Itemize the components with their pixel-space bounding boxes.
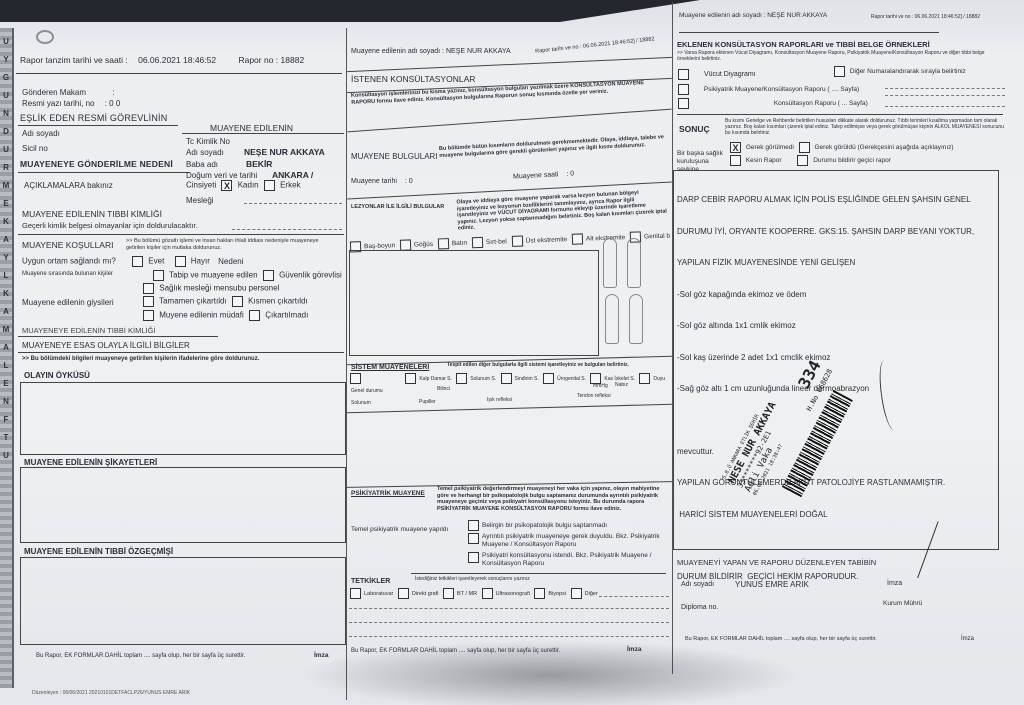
physician-name-label: Adı soyadı	[681, 581, 714, 588]
att-body-diagram-checkbox[interactable]	[678, 69, 689, 80]
system-uro-checkbox[interactable]	[543, 373, 554, 384]
incident-info-heading: MUAYENEYE ESAS OLAYLA İLGİLİ BİLGİLER	[22, 341, 190, 350]
conclusion-line: YAPILAN FİZİK MUAYENESİNDE YENİ GELİŞEN	[677, 258, 974, 269]
strip-letter: N	[0, 397, 12, 406]
ref-not-needed-checkbox[interactable]: X	[730, 142, 741, 153]
physician-heading: MUAYENEYİ YAPAN VE RAPORU DÜZENLEYEN TAB…	[677, 558, 876, 567]
official-letter-row: Resmi yazı tarihi, no : 0 0	[22, 99, 120, 108]
clothes-opt3-label: Muyene edilenin müdafi	[159, 311, 244, 320]
test-label: Laboratuvar	[364, 591, 393, 597]
psych-opt1: Belirgin bir psikopatolojik bulgu saptan…	[465, 520, 607, 531]
tests-line-3[interactable]	[349, 636, 669, 637]
strip-letter: U	[0, 451, 12, 460]
birth-label: Doğum veri ve tarihi	[186, 171, 257, 180]
conclusion-line: DARP CEBİR RAPORU ALMAK İÇİN POLİS EŞLİĞ…	[677, 195, 974, 206]
tests-line-1[interactable]	[349, 608, 669, 609]
att-other-row: Diğer Numaralandırarak sırayla belirtini…	[831, 66, 966, 77]
strip-letter: F	[0, 415, 12, 424]
p3-patient-label: Muayene edilenin adı soyadı :	[679, 12, 765, 19]
exam-date-label: Muayene tarihi	[351, 178, 397, 185]
system-label: Ürogenital S.	[557, 376, 586, 382]
consult-heading: İSTENEN KONSÜLTASYONLAR	[351, 74, 475, 84]
tests-line-2[interactable]	[349, 622, 669, 623]
referral-row-2: Kesin Rapor Durumu bildirir geçici rapor	[727, 155, 891, 166]
present-opt1-label: Tabip ve muayene edilen	[169, 271, 258, 280]
patient-heading: MUAYENE EDİLENİN	[210, 123, 293, 133]
region-back-checkbox[interactable]	[472, 237, 483, 248]
test-usg-checkbox[interactable]	[482, 588, 493, 599]
divider	[182, 133, 344, 134]
clothes-opt2-label: Kısmen çıkartıldı	[248, 297, 308, 306]
gender-male-label: Erkek	[280, 181, 300, 190]
system-gi-checkbox[interactable]	[501, 373, 512, 384]
report-datetime-row: Rapor tanzim tarihi ve saati : 06.06.202…	[20, 55, 304, 65]
general-checkbox[interactable]	[350, 373, 361, 384]
psych-opt3-label: Psikiyatri konsültasyonu istendi. Bkz. P…	[482, 552, 651, 567]
divider	[18, 172, 190, 173]
strip-letter: L	[0, 361, 12, 370]
strip-letter: U	[0, 91, 12, 100]
clothes-label: Muayene edilenin giysileri	[22, 298, 114, 307]
incident-story-field[interactable]	[20, 382, 346, 455]
env-no-label: Hayır	[191, 257, 210, 266]
strip-letter: A	[0, 235, 12, 244]
ref-needed-label: Gerek görüldü (Gerekçesini aşağıda açıkl…	[815, 144, 954, 151]
att-body-diagram-row: Vücut Diyagramı	[675, 69, 756, 80]
system-cardio-checkbox[interactable]	[405, 373, 416, 384]
escort-heading: EŞLİK EDEN RESMİ GÖREVLİNİN	[20, 113, 167, 123]
diploma-label: Diploma no.	[681, 604, 718, 611]
att-consult-field[interactable]	[885, 106, 1005, 107]
divider	[18, 352, 344, 353]
p3-patient-row: Muayene edilenin adı soyadı : NEŞE NUR A…	[679, 12, 827, 19]
p2-report-ref: Rapor tarihi ve no : 06.06.2021 18:46:52…	[535, 35, 665, 55]
clothes-opt4-checkbox[interactable]	[249, 310, 260, 321]
report-datetime-value: 06.06.2021 18:46:52	[138, 55, 216, 65]
strip-letter: U	[0, 145, 12, 154]
region-label: Göğüs	[414, 241, 433, 249]
gender-female-label: Kadın	[238, 181, 259, 190]
father-label: Baba adı	[186, 160, 218, 169]
conditions-note: >> Bu bölümü gözaltı işlemi ve insan hak…	[126, 238, 336, 251]
page-3: Muayene edilenin adı soyadı : NEŞE NUR A…	[672, 2, 1022, 674]
divider	[411, 573, 666, 574]
incident-story-heading: OLAYIN ÖYKÜSÜ	[24, 371, 90, 380]
referral-value: AÇIKLAMALARA bakınız	[24, 181, 113, 190]
attachments-heading: EKLENEN KONSÜLTASYON RAPORLARI ve TIBBİ …	[677, 40, 930, 49]
system-label: Solunum S.	[470, 376, 496, 382]
system-label: Kalp Damar S.	[419, 376, 452, 382]
patient-name-value: NEŞE NUR AKKAYA	[244, 147, 325, 157]
env-no-checkbox[interactable]	[175, 256, 186, 267]
strip-letter: Y	[0, 253, 12, 262]
body-diagram-icon	[603, 238, 659, 348]
tests-heading: TETKİKLER	[351, 578, 390, 585]
psych-opt1-label: Belirgin bir psikopatolojik bulgu saptan…	[482, 522, 607, 529]
present-opt2-label: Güvenlik görevlisi	[279, 271, 342, 280]
strip-letter: T	[0, 433, 12, 442]
p2-patient-row: Muayene edilenin adı soyadı : NEŞE NUR A…	[351, 48, 511, 55]
lesions-heading: LEZYONLAR İLE İLGİLİ BULGULAR	[351, 204, 444, 210]
conclusion-line: -Sol kaş üzerinde 2 adet 1x1 cmclik ekim…	[677, 353, 974, 364]
gender-row: Cinsiyeti X Kadın Erkek	[186, 180, 301, 191]
physician-name-value: YUNUS EMRE ARIK	[735, 580, 809, 589]
report-datetime-label: Rapor tanzim tarihi ve saati :	[20, 55, 128, 65]
incident-info-note: >> Bu bölümdeki bilgileri muayeneye geti…	[22, 356, 259, 362]
official-letter-label: Resmi yazı tarihi, no	[22, 99, 94, 108]
system-label: Duyu	[653, 376, 665, 382]
p3-report-ref: Rapor tarihi ve no : 06.06.2021 18:46:52…	[871, 14, 991, 21]
region-label: Batın	[452, 240, 467, 248]
vital-consciousness-label: Bilinci	[437, 386, 450, 392]
att-consult-label: Konsültasyon Raporu ( ... Sayfa)	[774, 100, 868, 107]
official-letter-value: : 0 0	[105, 99, 121, 108]
page-2: Muayene edilenin adı soyadı : NEŞE NUR A…	[346, 28, 671, 700]
ref-final-label: Kesin Rapor	[746, 157, 782, 164]
ref-not-needed-label: Gerek görülmedi	[746, 144, 794, 151]
vital-light-reflex-label: Işık refleksi	[487, 397, 512, 403]
present-opt2-checkbox[interactable]	[263, 270, 274, 281]
present-opt1-checkbox[interactable]	[153, 270, 164, 281]
page-1: Rapor tanzim tarihi ve saati : 06.06.202…	[14, 20, 344, 692]
strip-letter: M	[0, 181, 12, 190]
vital-resp-label: Solunum	[351, 400, 371, 406]
psych-opt3: Psikiyatri konsültasyonu istendi. Bkz. P…	[465, 552, 665, 567]
history-heading: MUAYENE EDİLENİN TIBBİ ÖZGEÇMİŞİ	[24, 547, 173, 556]
strip-letter: R	[0, 163, 12, 172]
test-label: Ultrasonografi	[496, 591, 530, 597]
clothes-opt1-label: Tamamen çıkartıldı	[159, 297, 227, 306]
att-body-diagram-label: Vücut Diyagramı	[704, 71, 756, 78]
vital-pulse-label: Nabız	[615, 382, 628, 388]
psych-opt1-checkbox[interactable]	[468, 520, 479, 531]
att-psych-label: Psikiyatrik Muayene/Konsültasyon Raporu …	[704, 86, 859, 93]
strip-letter: D	[0, 127, 12, 136]
ref-final-checkbox[interactable]	[730, 155, 741, 166]
test-label: Direkt grafi	[412, 591, 439, 597]
ref-temp-checkbox[interactable]	[797, 155, 808, 166]
gender-label: Cinsiyeti	[186, 181, 216, 190]
test-biopsy-checkbox[interactable]	[534, 588, 545, 599]
test-label: Biyopsi	[548, 591, 566, 597]
tc-label: Tc Kimlik No	[186, 137, 230, 146]
ministry-logo-icon	[36, 30, 54, 44]
attachments-note: >> Varsa Rapora eklenen Vücut Diyagramı,…	[677, 50, 987, 62]
ref-needed-checkbox[interactable]	[799, 142, 810, 153]
system-sensory-checkbox[interactable]	[639, 373, 650, 384]
test-other-field[interactable]	[599, 596, 669, 597]
medical-id-note: Geçerli kimlik belgesi olmayanlar için d…	[22, 221, 198, 230]
env-yes-checkbox[interactable]	[132, 256, 143, 267]
p3-patient-value: NEŞE NUR AKKAYA	[767, 12, 827, 19]
strip-letter: N	[0, 109, 12, 118]
complaints-field[interactable]	[20, 467, 346, 543]
stamp-label: Kurum Mührü	[883, 600, 922, 607]
sender-value: :	[112, 88, 114, 97]
region-label: Üst ekstremite	[526, 236, 568, 244]
history-field[interactable]	[20, 557, 346, 645]
test-xray-checkbox[interactable]	[398, 588, 409, 599]
strip-letter: K	[0, 217, 12, 226]
physician-signature-label: İmza	[887, 580, 902, 587]
findings-note: Bu bölümde bütün kısımların doldurulması…	[439, 134, 669, 159]
att-psych-row: Psikiyatrik Muayene/Konsültasyon Raporu …	[675, 84, 859, 95]
exam-date-row: Muayene tarihi : 0	[351, 178, 413, 185]
exam-time-value: : 0	[566, 170, 574, 177]
exam-date-value: : 0	[405, 178, 413, 185]
escort-sicil-label: Sicil no	[22, 144, 48, 153]
present-opt3-checkbox[interactable]	[143, 283, 154, 294]
strip-letter: A	[0, 307, 12, 316]
medical-id-heading-2: MUAYENEYE EDİLENİN TIBBİ KİMLİĞİ	[22, 326, 156, 335]
ref-temp-label: Durumu bildirir geçici rapor	[813, 157, 891, 164]
vital-general-label: Genel durumu	[351, 388, 383, 394]
region-lower-ext-checkbox[interactable]	[572, 233, 583, 244]
divider	[347, 57, 672, 72]
job-label: Mesleği	[186, 196, 214, 205]
strip-letter: G	[0, 73, 12, 82]
report-paper: U Y G U N D U R M E K A Y L K A M A L E …	[0, 0, 1024, 705]
conditions-heading: MUAYENE KOŞULLARI	[22, 240, 113, 250]
att-other-checkbox[interactable]	[834, 66, 845, 77]
sender-label: Gönderen Makam	[22, 88, 86, 97]
att-psych-field[interactable]	[885, 88, 1005, 89]
vital-bp-label: mmHg	[593, 383, 608, 389]
divider	[16, 73, 342, 74]
att-psych-field-2[interactable]	[885, 95, 1005, 96]
strip-letter: E	[0, 199, 12, 208]
background-edge	[0, 0, 700, 22]
sender-row: Gönderen Makam :	[22, 88, 115, 97]
complaints-heading: MUAYENE EDİLENİN ŞİKAYETLERİ	[24, 458, 157, 467]
page-3-signature-label: İmza	[961, 636, 974, 642]
suitable-env-row: Uygun ortam sağlandı mı? Evet Hayır Nede…	[22, 256, 244, 267]
strip-letter: A	[0, 343, 12, 352]
p2-patient-label: Muayene edilenin adı soyadı :	[351, 48, 444, 55]
gender-male-checkbox[interactable]	[264, 180, 275, 191]
strip-letter: U	[0, 37, 12, 46]
psych-opt3-checkbox[interactable]	[468, 552, 479, 563]
referral-row-1: X Gerek görülmedi Gerek görüldü (Gerekçe…	[727, 142, 954, 153]
test-label: BT / MR	[457, 591, 477, 597]
test-ct-mr-checkbox[interactable]	[443, 588, 454, 599]
clothes-opt4-label: Çıkartılmadı	[265, 311, 308, 320]
present-opts: Tabip ve muayene edilen Güvenlik görevli…	[150, 270, 342, 281]
present-label: Muayene sırasında bulunan kişiler	[22, 271, 113, 277]
tests-row: Laboratuvar Direkt grafi BT / MR Ultraso…	[347, 588, 598, 599]
divider	[347, 404, 672, 414]
test-label: Diğer	[585, 591, 598, 597]
present-opt3-label: Sağlık mesleği mensubu personel	[159, 284, 279, 293]
att-consult-checkbox[interactable]	[678, 98, 689, 109]
strip-letter: Y	[0, 55, 12, 64]
conclusion-line: -Sol göz altında 1x1 cmlik ekimoz	[677, 321, 974, 332]
gender-female-checkbox[interactable]: X	[221, 180, 232, 191]
divider	[18, 125, 178, 126]
vital-tendon-reflex-label: Tendon refleksi	[577, 393, 611, 399]
suitable-env-label: Uygun ortam sağlandı mı?	[22, 257, 116, 266]
job-field[interactable]	[244, 203, 342, 204]
att-consult-row: Konsültasyon Raporu ( ... Sayfa)	[675, 98, 868, 109]
system-resp-checkbox[interactable]	[456, 373, 467, 384]
system-label: Kas İskelet S.	[604, 376, 635, 382]
report-no-value: 18882	[281, 55, 305, 65]
clothes-opt3-checkbox[interactable]	[143, 310, 154, 321]
birth-value: ANKARA /	[272, 170, 313, 180]
conclusion-line: DURUMU İYİ, ORYANTE KOOPERRE. GKS:15. ŞA…	[677, 227, 974, 238]
psych-label: Temel psikiyatrik muayene yapıldı	[351, 526, 448, 533]
exam-time-label: Muayene saati	[513, 171, 559, 180]
clothes-row-1: Tamamen çıkartıldı Kısmen çıkartıldı	[140, 296, 308, 307]
system-label: Sindirim S.	[515, 376, 539, 382]
psych-opt2: Ayrıntılı psikiyatrik muayeneye gerek du…	[465, 533, 665, 548]
systems-heading: SİSTEM MUAYENELERİ	[351, 364, 429, 371]
medical-id-field[interactable]	[232, 229, 342, 230]
psych-note: Temel psikiyatrik değerlendirmeyi muayen…	[437, 486, 662, 512]
report-no-label: Rapor no :	[238, 55, 278, 65]
exam-time-row: Muayene saati : 0	[513, 170, 575, 180]
region-label: Sırt-bel	[486, 238, 507, 246]
test-lab-checkbox[interactable]	[350, 588, 361, 599]
divider	[679, 32, 939, 33]
divider	[18, 336, 218, 337]
strip-letter: K	[0, 289, 12, 298]
psych-opt2-checkbox[interactable]	[468, 533, 479, 544]
strip-letter: M	[0, 325, 12, 334]
att-psych-checkbox[interactable]	[678, 84, 689, 95]
vital-pupils-label: Pupiller	[419, 399, 436, 405]
divider	[18, 234, 344, 235]
findings-heading: MUAYENE BULGULARI	[351, 152, 438, 161]
divider	[677, 114, 1003, 115]
systems-note: Tespit edilen diğer bulgularla ilgili si…	[447, 362, 629, 368]
region-abdomen-checkbox[interactable]	[438, 238, 449, 249]
divider	[347, 109, 671, 133]
lesion-description-field[interactable]	[349, 250, 599, 356]
lesions-note: Olaya ve iddiaya göre muayene yaparak va…	[456, 189, 667, 232]
side-strip: U Y G U N D U R M E K A Y L K A M A L E …	[0, 28, 14, 688]
p2-patient-value: NEŞE NUR AKKAYA	[446, 48, 511, 55]
photo-shadow	[300, 640, 800, 705]
medical-id-heading: MUAYENE EDİLENİN TIBBİ KİMLİĞİ	[22, 209, 162, 219]
env-yes-label: Evet	[148, 257, 164, 266]
strip-letter: L	[0, 271, 12, 280]
clothes-opt2-checkbox[interactable]	[232, 296, 243, 307]
referral-heading: MUAYENEYE GÖNDERİLME NEDENİ	[20, 159, 173, 169]
strip-letter: E	[0, 379, 12, 388]
result-heading: SONUÇ	[679, 124, 710, 134]
conclusion-line: -Sol göz kapağında ekimoz ve ödem	[677, 290, 974, 301]
present-opt3-row: Sağlık mesleği mensubu personel	[140, 283, 279, 294]
test-other-checkbox[interactable]	[571, 588, 582, 599]
clothes-opt1-checkbox[interactable]	[143, 296, 154, 307]
att-other-label: Diğer Numaralandırarak sırayla belirtini…	[850, 68, 966, 75]
tests-note: İstediğiniz tetkikleri işaretleyerek son…	[415, 576, 530, 582]
clothes-row-2: Muyene edilenin müdafi Çıkartılmadı	[140, 310, 308, 321]
patient-name-label: Adı soyadı	[186, 148, 224, 157]
psych-opt2-label: Ayrıntılı psikiyatrik muayeneye gerek du…	[482, 533, 660, 548]
region-upper-ext-checkbox[interactable]	[511, 236, 522, 247]
env-reason-label: Nedeni	[218, 257, 243, 266]
psych-heading: PSİKİYATRİK MUAYENE	[351, 490, 425, 497]
father-value: BEKİR	[246, 159, 272, 169]
page-1-footer: Bu Rapor, EK FORMLAR DAHİL toplam .... s…	[36, 653, 245, 659]
result-note: Bu kısmı Genelge ve Rehberde belirtilen …	[725, 118, 1005, 136]
document-footer-note: Düzenleyen : 06/06/2021 20210101DETFACLP…	[32, 690, 190, 696]
escort-name-label: Adı soyadı	[22, 129, 60, 138]
